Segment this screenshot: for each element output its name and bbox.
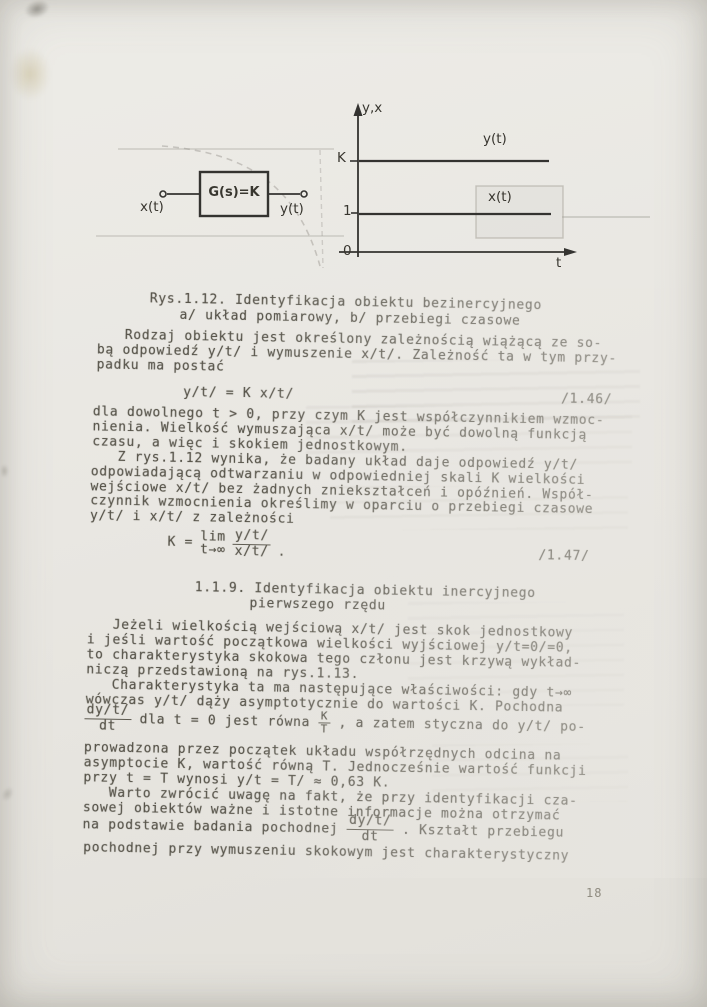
derivative2-pre-text: na podstawie badania pochodnej — [83, 817, 348, 837]
para2-line8: y/t/ i x/t/ z zależności — [90, 508, 295, 527]
scanned-page: y,x K 1 0 t y(t) x(t) x(t) G(s)=K y(t) R… — [0, 0, 707, 1007]
derivative-fraction: dy/t/ dt — [84, 703, 131, 734]
equation-1-46: y/t/ = K x/t/ — [183, 385, 294, 402]
derivative2-post-text: . Kształt przebiegu — [393, 822, 564, 840]
page-text: Rys.1.12. Identyfikacja obiektu bezinerc… — [0, 0, 707, 1007]
equation-1-47: K = lim t→∞ y/t/ x/t/ . — [167, 528, 286, 560]
k-over-t-fraction: K T — [318, 710, 330, 734]
eq147-fraction: y/t/ x/t/ — [232, 529, 271, 560]
equation-1-47-tag: /1.47/ — [538, 548, 589, 564]
eq147-denominator: x/t/ — [234, 545, 268, 560]
k-over-t-denominator: T — [320, 723, 328, 734]
eq147-lhs: K = — [167, 536, 193, 550]
para1-line3: padku ma postać — [97, 357, 225, 374]
derivative-text-2: , a zatem styczna do y/t/ po- — [330, 715, 586, 734]
page-number: 18 — [586, 886, 602, 900]
eq147-period: . — [278, 546, 287, 560]
derivative2-denominator: dt — [361, 830, 378, 844]
derivative-text-1: dla t = 0 jest równa — [131, 712, 319, 730]
derivative2-fraction: dy/t/ dt — [347, 814, 394, 845]
derivative-numerator: dy/t/ — [84, 703, 131, 720]
equation-1-46-tag: /1.46/ — [561, 392, 612, 408]
section-heading-line2: pierwszego rzędu — [249, 596, 386, 613]
derivative2-numerator: dy/t/ — [347, 814, 394, 831]
derivative-denominator: dt — [99, 720, 116, 734]
eq147-lim-sub: t→∞ — [200, 543, 226, 556]
eq147-limit: lim t→∞ — [200, 530, 226, 556]
